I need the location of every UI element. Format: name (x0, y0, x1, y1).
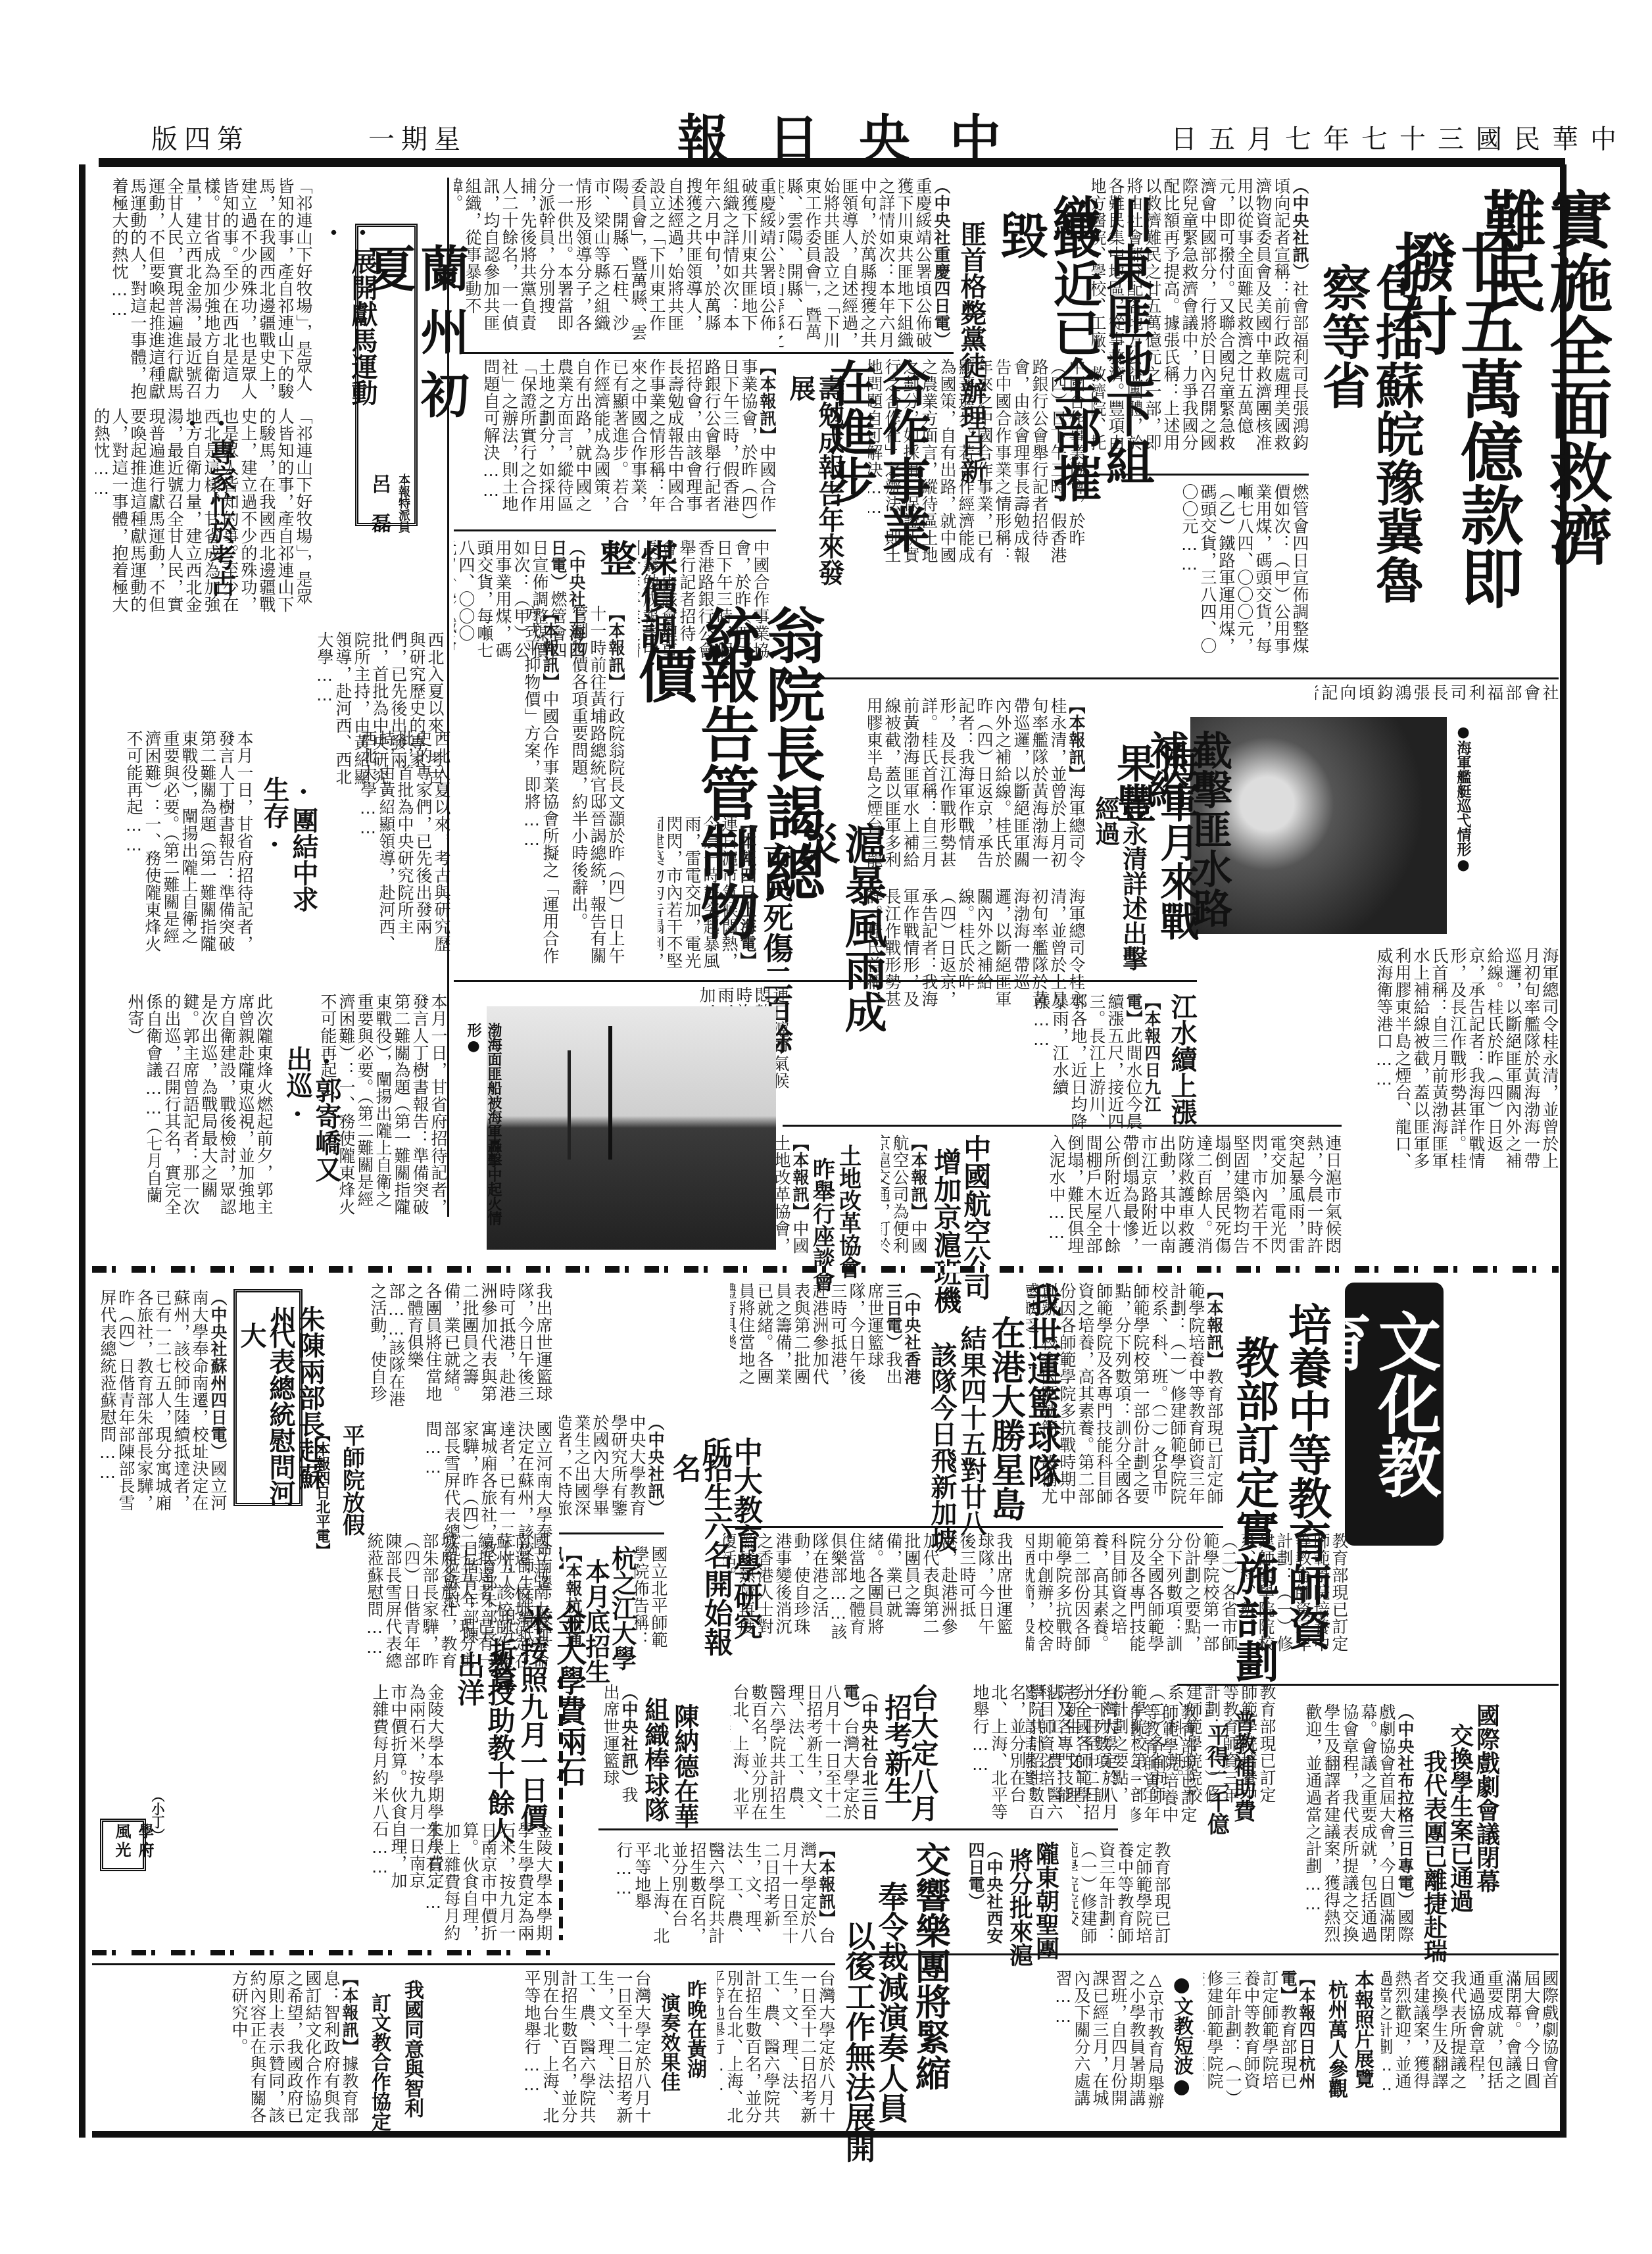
orchestra-divider (92, 1963, 835, 1965)
section-wavy-divider (92, 1266, 1559, 1273)
storm-body: 【本報四日上海電】連日滬市氣候悶熱，今晨一時許突起暴風雨，雷電交加，電光閃閃，市… (658, 816, 756, 980)
orchestra-text-2: 台灣大學定於八月十一日至十二日招考新生，文、理、法、工、農、醫六學院共計招生數百… (717, 1970, 835, 2124)
jinda-text-2: 金陵大學本學期學生學費定為兩石米，按九月一日南京市中價折算。伙食自理，加上雜費每… (424, 1822, 552, 1942)
ywtd-dateline: （中央社西安四日電） (966, 1842, 1003, 1944)
lanzhou-sec1-title: ·展開獻馬運動· (319, 217, 377, 414)
cnac-body: 【本報訊】中國航空公司為便利京滬交通，訂於今（五）日起，加開京滬班機。 (881, 1135, 927, 1266)
coop-text-2: 中國合作事業協會，於昨（四）日下午三時，假香港路銀行公會舉行記者招待會，由該會理… (868, 358, 1085, 564)
chennade-body: （中央社訊）我出席世運籃球隊，今日午後三時可抵港，赴港洲參加代表與第二批團員之籌… (602, 1684, 638, 1815)
storm-text: 連日滬市氣候悶熱，今晨一時許突起暴風雨，雷電交加，電光閃閃，市內若干不堅固建築物… (658, 816, 739, 969)
storm-dateline: 【本報四日上海電】 (738, 816, 756, 969)
theatre-headline-2: 交換學生案已通過 (1447, 1723, 1473, 1967)
weng-body: 【本報訊】行政院翁院長文灝於昨（四）日上午十一時前往黃埔路總統官邸晉謁總統，報告… (566, 605, 625, 973)
lanzhou-sec1-body: 「祁連山下好牧場」，是眾人皆知的事，產自祁連山下的駿馬，在我國西北邊疆戰史上，建… (95, 178, 312, 401)
lanzhou-sec3-body: 本月一日，甘省府招待記者，發言人丁樹書報告：準備突破第二難關為題（第一難關指隴東… (95, 730, 253, 954)
shorts-divider (848, 1953, 1559, 1955)
navy-top-divider (776, 677, 1559, 679)
cnac-headline-1: 中國航空公司 (960, 1135, 990, 1312)
lanzhou-sec3-text: 本月一日，甘省府招待記者，發言人丁樹書報告：準備突破第二難關為題（第一難關指隴東… (124, 730, 253, 952)
taida-text: 台灣大學定於八月十一日至十二日招考新生，文、理、法、工、農、醫六學院共計招生數百… (730, 1684, 860, 1821)
shorts-title: ●文教短波● (1171, 1973, 1192, 2124)
issue-date: 中華民國三十七年七月五日 (1171, 118, 1628, 156)
orchestra-dateline: 【本報訊】 (817, 1842, 835, 1927)
orchestra-body: 【本報訊】台灣大學定於八月十一日至十二日招考新生，文、理、法、工、農、醫六學院共… (598, 1842, 835, 1960)
navy-body-right: 海軍總司令桂永清，並曾於上月初旬率艦隊於黃海渤海一帶巡邏，以斷絕匪軍關內外之補給… (1335, 947, 1559, 1171)
lanzhou-sec2-title: ·專家忙於考古· (178, 408, 235, 618)
chuandong-text-cont: 重慶綏靖公署頃公佈破獲下川東共匪地下組織之詳情如次：本年六月中旬，於萬縣搜獲之共… (454, 178, 776, 341)
masthead-rule (99, 158, 1565, 167)
lanzhou-col-divider (447, 178, 449, 1217)
culture-education-banner: 文化教育 (1345, 1283, 1444, 1546)
subsidy-side-body: 教育部現已訂定師範學院培養中等教育師資三年計劃：（一）修建師範學院院校系、科、班… (1131, 1703, 1197, 1835)
coop-dateline: 【本報訊】 (758, 358, 776, 444)
river-body: 【本報四日九江電】此間水位今晨續漲五尺，接近四三。長江上游川、鄂各地，近日均降暴… (993, 993, 1161, 1138)
subsidy-text: 教育部現已訂定師範學院培養中等教育師資三年計劃：（一）修建師範學院院校系、科、班… (1072, 1842, 1171, 1949)
relief-headline-3: 包括蘇皖豫冀魯察等省 (1315, 263, 1422, 631)
lanzhou-sec3-body-2: 西北入夏以來，考古與研究歷史的專家們，已先後出發兩批，首批為中央研究院所主持，由… (289, 730, 450, 954)
relief-table: 燃管會四日宣佈調整煤價如次：（甲）公用事業用煤，碼頭交貨，每噸七八四、〇〇〇元，… (1092, 483, 1309, 668)
lanzhou-byline-label: 本報特派員 (395, 474, 412, 533)
zhongda-divider (559, 1532, 664, 1534)
chuandong-dateline: （中央社重慶四日電） (932, 178, 950, 349)
theatre-body: （中央社布拉格三日專電）國際戲劇協會首屆大會，今日圓滿閉幕。會議之重要成就，包括… (1289, 1703, 1414, 1947)
navy-photo-caption: ●海軍艦艇巡弋情形● (1453, 723, 1474, 934)
relief-continued-text: 社會部福利司長張鴻鈞頃向記者宣稱：前行政院處理美國救濟物資委員會及美國中華救濟團… (1315, 684, 1559, 717)
chennade-headline-2: 組織棒球隊 (641, 1697, 669, 1848)
zhongda-body: （中央社訊）中央大學教育學研究所有鑒於國內大學畢業生之出國深造者，不特旅程往返周… (559, 1414, 664, 1523)
weng-body-2: 【本報訊】中國合作事業協會所擬之「運用合作方式平抑物價」方案，即將…… (454, 605, 559, 973)
coop-text: 中國合作事業協會，於昨（四）日下午三時，假香港路銀行公會舉行記者招待會，由該會理… (481, 358, 776, 522)
taida-body-2: 台灣大學定於八月十一日至十二日招考新生，文、理、法、工、農、醫六學院共計招生數百… (940, 1684, 1118, 1822)
relief-table-text: 燃管會四日宣佈調整煤價如次：（甲）公用事業用煤，碼頭交貨，每噸七八四、〇〇〇元，… (1180, 483, 1309, 654)
coop-headline-2: 壽勉成報告年來發展 (786, 375, 844, 585)
jinda-body-2: 金陵大學本學期學生學費定為兩石米，按九月一日南京市中價折算。伙食自理，加上雜費每… (355, 1822, 552, 1947)
concert-headline-2: 演奏效果佳 (658, 1993, 679, 2124)
shorts-text: △京市教育局舉辦之小學教員暑期講習班，自四月份開課已經三月，在城內及下關分六處講… (1054, 1970, 1164, 2109)
basketball-headline-1: 我世運籃球隊 (1023, 1283, 1060, 1500)
treaty-body: 【本報訊】據教育部息：智利政府有與我國訂結文化合作協定之希望，我國政府已原則上表… (95, 1970, 358, 2128)
zhongda-text: 中央大學教育學研究所有鑒於國內大學畢業生之出國深造者，不特旅程往返周折，且費用浩… (559, 1414, 646, 1517)
jinda-wavy-vdivider (559, 1677, 563, 1940)
basketball-text-2: 我出席世運籃球隊，今日午後三時可抵港，赴港洲參加代表與第二批團員之籌備，業已就緒… (723, 1532, 1013, 1640)
taida-divider (598, 1828, 1118, 1830)
river-divider (783, 1125, 1342, 1127)
orchestra-body-2: 台灣大學定於八月十一日至十二日招考新生，文、理、法、工、農、醫六學院共計招生數百… (717, 1970, 835, 2128)
edu-main-body-2: 教育部現已訂定師範學院培養中等教育師資三年計劃：（一）修建師範學院院校系、科、班… (1026, 1532, 1348, 1664)
weekday: 星期一 (368, 118, 467, 156)
xuefu-author: （小丁） (148, 1789, 167, 1842)
navy-text-right: 海軍總司令桂永清，並曾於上月初旬率艦隊於黃海渤海一帶巡邏，以斷絕匪軍關內外之補給… (1374, 947, 1559, 1169)
harbor-photo (487, 1006, 776, 1250)
chennade-dateline: （中央社訊） (619, 1684, 638, 1786)
navy-text: 海軍總司令桂永清，並曾於上月初旬率艦隊於黃海渤海一帶巡邏，以斷絕匪軍關內外之補給… (868, 697, 1085, 873)
concert-headline-1: 昨晚在黃湖 (684, 1980, 706, 2111)
right-bottom-body: 國際戲劇協會首屆大會，今日圓滿閉幕。會議之重要成就，包括通過協會章程，我代表所提… (1381, 1970, 1559, 2101)
lanzhou-sec3-text-2: 西北入夏以來，考古與研究歷史的專家們，已先後出發兩批，首批為中央研究院所主持，由… (358, 730, 450, 952)
basketball-text: 我出席世運籃球隊，今日午後三時可抵港，赴港洲參加代表與第二批團員之籌備，業已就緒… (730, 1283, 903, 1390)
hangzhou-text: 國立北平師範學院佈告稱：自七月四日起放暑假，至九月十日暑假終止。 (635, 1546, 668, 1648)
basketball-divider (723, 1526, 1223, 1528)
harbor-photo-caption: 渤海面匪船被海軍轟擊中起火情形● (464, 1023, 504, 1233)
cnac-headline-2: 增加京滬班機 (931, 1148, 961, 1325)
page-number: 第四版 (151, 118, 250, 156)
land-headline-1: 土地改革協會 (835, 1144, 860, 1296)
land-dateline: 【本報訊】 (790, 1135, 809, 1220)
hedadaxue-dateline: （中央社蘇州四日電） (208, 1289, 227, 1460)
treaty-text: 據教育部息：智利政府有與我國訂結文化合作協定之希望，我國政府已原則上表示贊同，該… (230, 1970, 358, 2124)
subsidy-headline-1: 普教補助費 (1230, 1710, 1254, 1842)
navy-headline-3: 桂永清詳述出擊經過 (1092, 796, 1147, 993)
coop-divider (454, 529, 776, 531)
subsidy-headline-2: 平得二千億 (1203, 1723, 1228, 1855)
theatre-divider (1177, 1684, 1559, 1686)
taida-headline-2: 招考新生 (881, 1694, 911, 1878)
edu-main-text-2: 教育部現已訂定師範學院培養中等教育師資三年計劃：（一）修建師範學院院校系、科、班… (1026, 1532, 1348, 1652)
theatre-headline-3: 我代表團已離捷赴瑞 (1421, 1750, 1447, 1993)
coop-body: 【本報訊】中國合作事業協會，於昨（四）日下午三時，假香港路銀行公會舉行記者招待會… (454, 358, 776, 523)
beiping-side-body: 我出席世運籃球隊，今日午後三時可抵港，赴港洲參加代表與第二批團員之籌備，業已就緒… (368, 1283, 552, 1414)
lanzhou-byline-name: 呂 磊 (368, 474, 390, 533)
weng-dateline: 【本報訊】 (606, 605, 625, 691)
left-border (79, 164, 85, 2138)
lanzhou-sec1-text: 「祁連山下好牧場」，是眾人皆知的事，產自祁連山下的駿馬，在我國西北邊疆戰史上，建… (110, 178, 312, 400)
hedadaxue-text: 國立河南大學奉命南遷，校址決定在蘇州，該校師生陸續抵達者，已有一二七五人，現分寓… (98, 1289, 227, 1511)
concert-body: 台灣大學定於八月十一日至十二日招考新生，文、理、法、工、農、醫六學院共計招生數百… (460, 1970, 651, 2128)
ywtd-body: （中央社西安四日電） (960, 1842, 1003, 1960)
concert-text: 台灣大學定於八月十一日至十二日招考新生，文、理、法、工、農、醫六學院共計招生數百… (522, 1970, 651, 2124)
chuandong-text: 重慶綏靖公署頃公佈破獲下川東共匪地下組織之詳情如次：本年六月中旬，於萬縣搜獲之共… (779, 178, 933, 349)
shorts-body: △京市教育局舉辦之小學教員暑期講習班，自四月份開課已經三月，在城內及下關分六處講… (848, 1970, 1164, 2115)
chennade-headline-1: 陳納德在華 (671, 1703, 698, 1855)
navy-body: 【本報訊】海軍總司令桂永清，並曾於上月初旬率艦隊於黃海渤海一帶巡邏，以斷絕匪軍關… (868, 697, 1085, 875)
zhongda-dateline: （中央社訊） (646, 1414, 664, 1517)
chuandong-body: （中央社重慶四日電）重慶綏靖公署頃公佈破獲下川東共匪地下組織之詳情如次：本年六月… (779, 178, 950, 349)
jinda-wavy-hdivider (92, 1950, 559, 1955)
cnac-body-2: 連日滬市氣候悶熱，今晨一時許突起暴風雨，雷電交加，電光閃閃，市內若干不堅固建築物… (1000, 1135, 1342, 1260)
theatre-dateline: （中央社布拉格三日專電） (1396, 1703, 1414, 1909)
taida-body: （中央社台北三日電）台灣大學定於八月十一日至十二日招考新生，文、理、法、工、農、… (730, 1684, 878, 1822)
beiping-side-text: 我出席世運籃球隊，今日午後三時可抵港，赴港洲參加代表與第二批團員之籌備，業已就緒… (368, 1283, 552, 1408)
basketball-headline-3: 結果四十五對廿八 (957, 1325, 986, 1542)
taida-text-2: 台灣大學定於八月十一日至十二日招考新生，文、理、法、工、農、醫六學院共計招生數百… (971, 1684, 1118, 1821)
cnac-text-2: 連日滬市氣候悶熱，今晨一時許突起暴風雨，雷電交加，電光閃閃，市內若干不堅固建築物… (1047, 1135, 1342, 1254)
chuandong-body-cont: 重慶綏靖公署頃公佈破獲下川東共匪地下組織之詳情如次：本年六月中旬，於萬縣搜獲之共… (454, 178, 776, 342)
zhongda-headline-2: 招生六名開始報名 (668, 1454, 731, 1671)
cnac-dateline: 【本報訊】 (909, 1135, 927, 1220)
relief-continued: 社會部福利司長張鴻鈞頃向記者宣稱：前行政院處理美國救濟物資委員會及美國中華救濟團… (1315, 684, 1559, 717)
coop-body-2: 中國合作事業協會，於昨（四）日下午三時，假香港路銀行公會舉行記者招待會，由該會理… (868, 358, 1085, 576)
subsidy-side-text: 教育部現已訂定師範學院培養中等教育師資三年計劃：（一）修建師範學院院校系、科、班… (1131, 1703, 1197, 1823)
lanzhou-sec4-text: 此次隴東烽火燃起前夕，郭主席曾親赴隴東巡視，並加強地方自衛建設，戰後檢討，眾認是… (126, 993, 273, 1215)
edu-main-dateline: 【本報訊】 (1205, 1283, 1223, 1368)
river-headline: 江水續上漲 (1167, 993, 1196, 1144)
ywtd-headline-1: 隴東朝聖團 (1032, 1842, 1059, 1986)
right-bottom-text: 國際戲劇協會首屆大會，今日圓滿閉幕。會議之重要成就，包括通過協會章程，我代表所提… (1381, 1970, 1559, 2095)
lanzhou-sec4-body: 此次隴東烽火燃起前夕，郭主席曾親赴隴東巡視，並加強地方自衛建設，戰後檢討，眾認是… (95, 993, 273, 1217)
beiping-body: 國立北平師範學院佈告稱：自七月四日起放暑假，至九月十日暑假終止。 (635, 1546, 668, 1657)
photo-exhibit-body: 【本報四日杭州電】教育部現已訂定師範學院培養中等教育師資三年計劃：（一）修建師範… (1203, 1970, 1315, 2101)
orchestra-text: 台灣大學定於八月十一日至十二日招考新生，文、理、法、工、農、醫六學院共計招生數百… (614, 1842, 835, 1944)
land-body: 【本報訊】中國土地改革協會，於昨（四）日下午四時，假香港路銀行公會舉行座談會，首… (776, 1135, 809, 1266)
culture-banner-text: 文化教育 (1354, 1309, 1440, 1532)
basketball-headline-2: 在港大勝星島 (986, 1315, 1024, 1532)
treaty-headline-1: 我國同意與智利 (401, 1980, 423, 2124)
weng-dateline-2: 【本報訊】 (541, 605, 559, 691)
hedadaxue-headline-2: 代表總統慰問河大 (237, 1322, 295, 1513)
photo-exhibit-headline-1: 本報照片展覽 (1351, 1970, 1373, 2115)
hangzhou-headline-1: 杭之江大學 (608, 1546, 636, 1671)
navy-dateline: 【本報訊】 (1067, 697, 1085, 783)
basketball-body: （中央社香港三日電）我出席世運籃球隊，今日午後三時可抵港，赴港洲參加代表與第二批… (730, 1283, 921, 1394)
subsidy-body: 教育部現已訂定師範學院培養中等教育師資三年計劃：（一）修建師範學院院校系、科、班… (1072, 1842, 1171, 1960)
treaty-dateline: 【本報訊】 (340, 1970, 358, 2055)
lanzhou-sec4-text-2: 本月一日，甘省府招待記者，發言人丁樹書報告：準備突破第二難關為題（第一難關指隴東… (318, 993, 447, 1215)
theatre-headline-1: 國際戲劇會議閉幕 (1473, 1703, 1499, 1947)
basketball-body-2: 我出席世運籃球隊，今日午後三時可抵港，赴港洲參加代表與第二批團員之籌備，業已就緒… (723, 1532, 1013, 1651)
bottom-rule (92, 2131, 1565, 2138)
navy-text-cont: 海軍總司令桂永清，並曾於上月初旬率艦隊於黃海渤海一帶巡邏，以斷絕匪軍關內外之補給… (868, 888, 1085, 1008)
treaty-headline-2: 訂文教合作協定 (368, 1993, 390, 2138)
relief-dateline: （中央社訊） (1290, 178, 1309, 280)
lanzhou-sec4-body-2: 本月一日，甘省府招待記者，發言人丁樹書報告：準備突破第二難關為題（第一難關指隴東… (316, 993, 447, 1217)
chuandong-divider (460, 352, 954, 354)
hedadaxue-body: （中央社蘇州四日電）國立河南大學奉命南遷，校址決定在蘇州，該校師生陸續抵達者，已… (95, 1289, 227, 1513)
photo-exhibit-headline-2: 杭州萬人參觀 (1325, 1980, 1347, 2111)
storm-headline-1: 滬暴風雨成災 (792, 822, 885, 1072)
